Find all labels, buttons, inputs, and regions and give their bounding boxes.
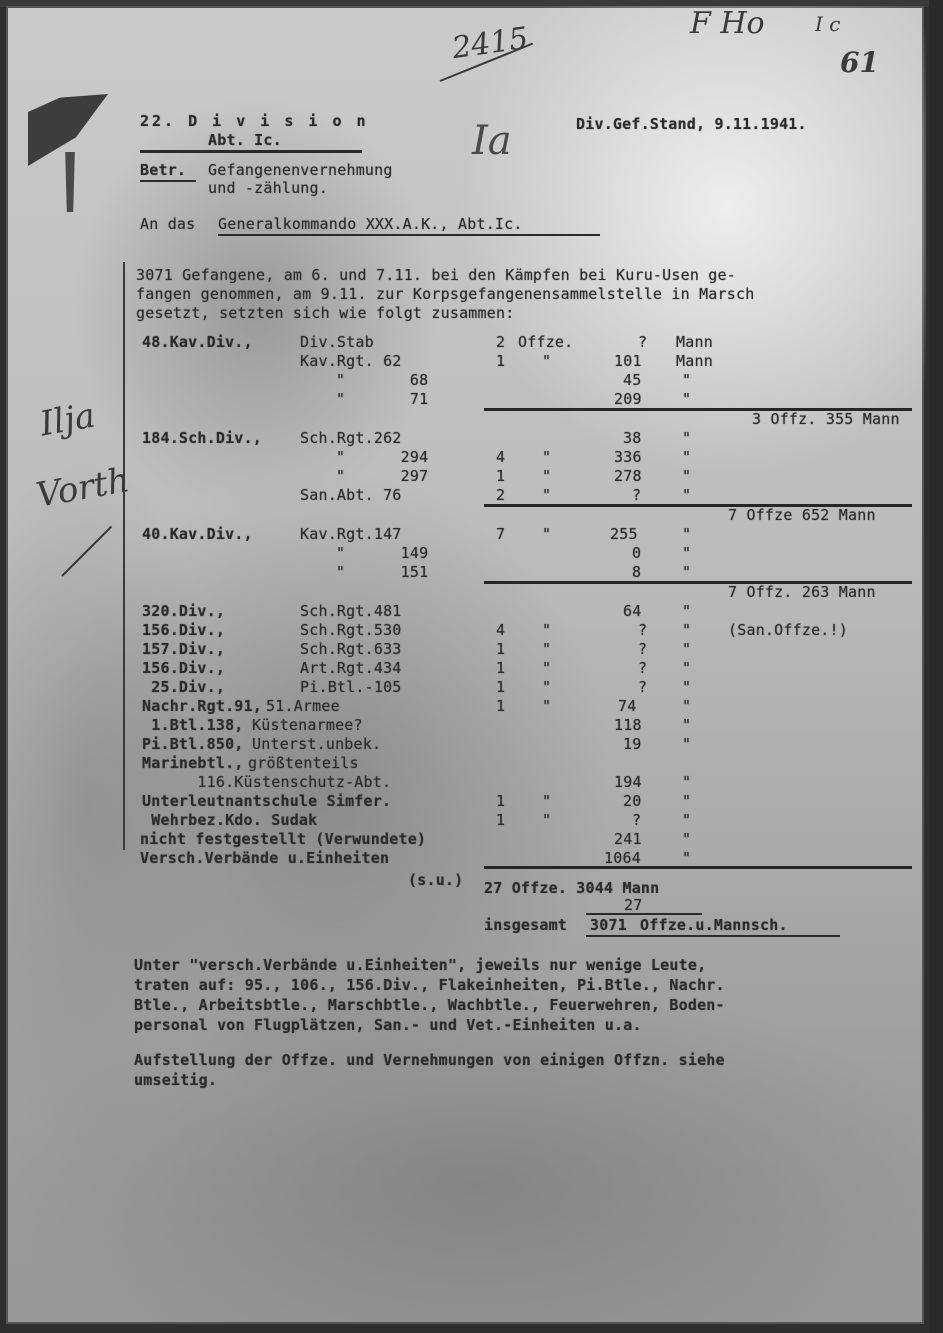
division-label: Versch.Verbände u.Einheiten [140,849,389,868]
division-label: Wehrbez.Kdo. Sudak [142,811,317,830]
offz-count: 7 [496,525,505,544]
mann-label: " [682,716,691,735]
mann-count: ? [638,640,647,659]
offz-count: 1 [496,811,505,830]
offz-count: 1 [496,659,505,678]
subtotal: 7 Offz. 263 Mann [728,583,876,602]
division-label: 48.Kav.Div., [142,333,253,352]
mann-label: " [682,525,691,544]
mann-count: 255 [610,525,638,544]
offz-label: " [542,467,551,486]
mann-count: 0 [632,544,641,563]
division-label: Pi.Btl.850, [142,735,244,754]
grand-total-suffix: Offze.u.Mannsch. [640,916,788,935]
offz-count: 1 [496,640,505,659]
mann-count: 194 [614,773,642,792]
see-below-note: (s.u.) [408,871,463,890]
offz-label: " [542,678,551,697]
unit-cell: Sch.Rgt.530 [300,621,402,640]
mann-count: ? [638,678,647,697]
unit-cell: Sch.Rgt.262 [300,429,402,448]
row-note: (San.Offze.!) [728,621,848,640]
mann-count: ? [638,659,647,678]
mann-label: " [682,390,691,409]
mann-label: " [682,602,691,621]
intro-line-2: fangen genommen, am 9.11. zur Korpsgefan… [136,285,754,304]
mann-label: " [682,448,691,467]
page-number: 61 [840,46,879,79]
mann-label: " [682,811,691,830]
mann-label: " [682,486,691,505]
mann-label: " [682,697,691,716]
offz-label: " [542,352,551,371]
unit-cell: Sch.Rgt.633 [300,640,402,659]
unit-cell: " 149 [336,544,428,563]
unit-cell: Art.Rgt.434 [300,659,402,678]
offz-count: 1 [496,792,505,811]
mann-count: ? [638,621,647,640]
mann-count: 8 [632,563,641,582]
subtotal: 7 Offze 652 Mann [728,506,876,525]
mann-label: " [682,467,691,486]
location-date: Div.Gef.Stand, 9.11.1941. [576,115,807,134]
mann-label: " [682,544,691,563]
offz-label: Offze. [518,333,573,352]
mann-label: Mann [676,333,713,352]
unit-cell: 116.Küstenschutz-Abt. [142,773,391,792]
unit-cell: " 68 [336,371,428,390]
division-label: 1.Btl.138, [142,716,244,735]
division-label: nicht festgestellt (Verwundete) [140,830,426,849]
offz-label: " [542,659,551,678]
offz-label: " [542,486,551,505]
unit-cell: größtenteils [248,754,359,773]
grand-total-value: 3071 [590,916,627,935]
offz-label: " [542,525,551,544]
offz-label: " [542,448,551,467]
mann-label: " [682,429,691,448]
offz-label: " [542,792,551,811]
offz-count: 4 [496,448,505,467]
mann-count: 336 [614,448,642,467]
footer-line-1: Unter "versch.Verbände u.Einheiten", jew… [134,956,706,975]
mann-label: " [682,792,691,811]
division-label: Nachr.Rgt.91, [142,697,262,716]
mann-count: 45 [623,371,641,390]
mann-label: " [682,640,691,659]
mann-label: " [682,678,691,697]
mann-label: " [682,735,691,754]
mann-label: " [682,773,691,792]
division-label: 320.Div., [142,602,225,621]
mann-count: 19 [623,735,641,754]
addressee-prefix: An das [140,215,195,234]
handwritten-ref: F Ho [690,6,765,41]
division-label: 184.Sch.Div., [142,429,262,448]
mann-label: " [682,830,691,849]
mann-count: 278 [614,467,642,486]
handwritten-marker: I c [815,12,840,36]
offz-count: 1 [496,697,505,716]
mann-count: 118 [614,716,642,735]
mann-label: " [682,371,691,390]
mann-count: 20 [623,792,641,811]
division-label: 156.Div., [142,659,225,678]
unit-cell: 51.Armee [266,697,340,716]
mann-count: ? [632,811,641,830]
closing-line-1: Aufstellung der Offze. und Vernehmungen … [134,1051,725,1070]
mann-count: 241 [614,830,642,849]
footer-line-3: Btle., Arbeitsbtle., Marschbtle., Wachbt… [134,996,725,1015]
mann-count: 209 [614,390,642,409]
mann-label: " [682,659,691,678]
division-label: Marinebtl., [142,754,244,773]
offz-count: 2 [496,486,505,505]
unit-title: 22. D i v i s i o n [140,112,369,131]
offz-label: " [542,640,551,659]
unit-cell: " 294 [336,448,428,467]
unit-cell: Unterst.unbek. [252,735,381,754]
scan-right-edge [929,0,943,1333]
footer-line-2: traten auf: 95., 106., 156.Div., Flakein… [134,976,725,995]
subject-line-1: Gefangenenvernehmung [208,161,393,180]
intro-line-1: 3071 Gefangene, am 6. und 7.11. bei den … [136,266,736,285]
mann-count: 101 [614,352,642,371]
subject-line-2: und -zählung. [208,179,328,198]
unit-cell: San.Abt. 76 [300,486,402,505]
division-label: 156.Div., [142,621,225,640]
mann-count: ? [638,333,647,352]
torn-corner-fragment [62,152,78,212]
offz-count: 1 [496,467,505,486]
addressee: Generalkommando XXX.A.K., Abt.Ic. [218,215,523,234]
handwritten-stamp: Ia [472,118,512,164]
offz-label: " [542,697,551,716]
grand-total-label: insgesamt [484,916,567,935]
unit-cell: Kav.Rgt.147 [300,525,402,544]
division-label: 157.Div., [142,640,225,659]
margin-bracket [123,262,125,850]
offz-count: 1 [496,678,505,697]
division-label: 40.Kav.Div., [142,525,253,544]
offz-count: 2 [496,333,505,352]
mann-count: 74 [618,697,636,716]
footer-line-4: personal von Flugplätzen, San.- und Vet.… [134,1016,642,1035]
mann-count: 64 [623,602,641,621]
mann-count: ? [632,486,641,505]
unit-cell: " 151 [336,563,428,582]
unit-cell: Div.Stab [300,333,374,352]
subject-label: Betr. [140,161,186,180]
mann-label: " [682,621,691,640]
division-label: Unterleutnantschule Simfer. [142,792,391,811]
department: Abt. Ic. [208,131,282,150]
subtotal: 3 Offz. 355 Mann [752,410,900,429]
unit-cell: " 71 [336,390,428,409]
offz-label: " [542,621,551,640]
mann-count: 38 [623,429,641,448]
offz-label: " [542,811,551,830]
division-label: 25.Div., [142,678,225,697]
offz-count: 4 [496,621,505,640]
unit-cell: Pi.Btl.-105 [300,678,402,697]
closing-line-2: umseitig. [134,1071,217,1090]
unit-cell: Sch.Rgt.481 [300,602,402,621]
unit-cell: Küstenarmee? [252,716,363,735]
mann-label: Mann [676,352,713,371]
offz-count: 1 [496,352,505,371]
mann-label: " [682,563,691,582]
intro-line-3: gesetzt, setzten sich wie folgt zusammen… [136,304,514,323]
unit-cell: " 297 [336,467,428,486]
unit-cell: Kav.Rgt. 62 [300,352,402,371]
